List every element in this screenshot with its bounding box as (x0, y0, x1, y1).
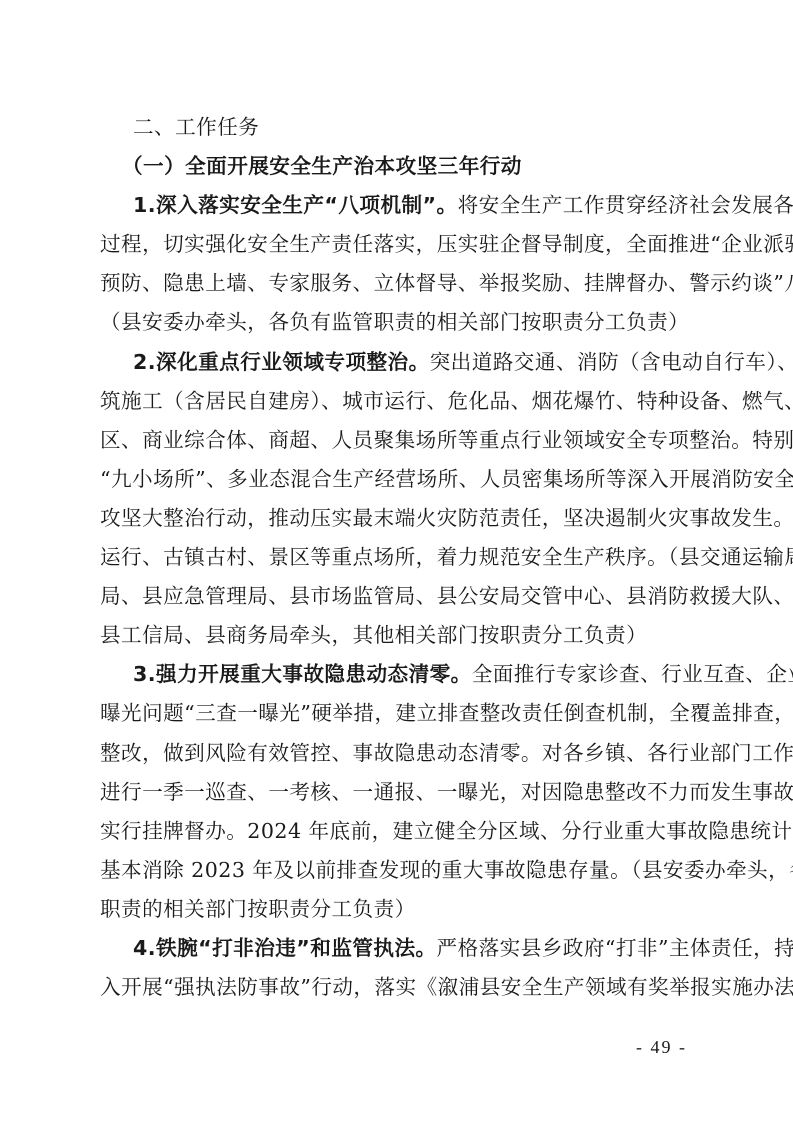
paragraph-line: （县安委办牵头，各负有监管职责的相关部门按职责分工负责） (100, 303, 693, 342)
paragraph-line: 预防、隐患上墙、专家服务、立体督导、举报奖励、挂牌督办、警示约谈”八项机制。 (100, 264, 693, 303)
item-text: 将安全生产工作贯穿经济社会发展各方面、全 (458, 193, 793, 217)
item-2: 2.深化重点行业领域专项整治。突出道路交通、消防（含电动自行车）、矿山、建 筑施… (100, 343, 693, 656)
item-4: 4.铁腕“打非治违”和监管执法。严格落实县乡政府“打非”主体责任，持续深 入开展… (100, 929, 693, 1007)
paragraph-line: 2.深化重点行业领域专项整治。突出道路交通、消防（含电动自行车）、矿山、建 (100, 343, 693, 382)
paragraph-line: 4.铁腕“打非治违”和监管执法。严格落实县乡政府“打非”主体责任，持续深 (100, 929, 693, 968)
paragraph-line: 局、县应急管理局、县市场监管局、县公安局交管中心、县消防救援大队、县发改局、 (100, 577, 693, 616)
subsection-title: （一）全面开展安全生产治本攻坚三年行动 (100, 147, 693, 186)
paragraph-line: 入开展“强执法防事故”行动，落实《溆浦县安全生产领域有奖举报实施办法》，依法 (100, 968, 693, 1007)
item-3: 3.强力开展重大事故隐患动态清零。全面推行专家诊查、行业互查、企业自查、 曝光问… (100, 655, 693, 929)
paragraph-line: 基本消除 2023 年及以前排查发现的重大事故隐患存量。（县安委办牵头，各负有监… (100, 851, 693, 890)
paragraph-line: 攻坚大整治行动，推动压实最末端火灾防范责任，坚决遏制火灾事故发生。紧盯城市 (100, 499, 693, 538)
item-text: 全面推行专家诊查、行业互查、企业自查、 (472, 662, 793, 686)
section-title: 二、工作任务 (100, 108, 693, 147)
item-title: 2.深化重点行业领域专项整治。 (133, 350, 430, 374)
item-title: 1.深入落实安全生产“八项机制”。 (133, 193, 458, 217)
item-text: 突出道路交通、消防（含电动自行车）、矿山、建 (430, 350, 793, 374)
page-number: - 49 - (636, 1037, 687, 1058)
item-title: 3.强力开展重大事故隐患动态清零。 (133, 662, 472, 686)
paragraph-line: 曝光问题“三查一曝光”硬举措，建立排查整改责任倒查机制，全覆盖排查，零放过 (100, 694, 693, 733)
item-1: 1.深入落实安全生产“八项机制”。将安全生产工作贯穿经济社会发展各方面、全 过程… (100, 186, 693, 342)
paragraph-line: 过程，切实强化安全生产责任落实，压实驻企督导制度，全面推进“企业派驻、双重 (100, 225, 693, 264)
paragraph-line: 整改，做到风险有效管控、事故隐患动态清零。对各乡镇、各行业部门工作开展情况 (100, 734, 693, 773)
paragraph-line: 进行一季一巡查、一考核、一通报、一曝光，对因隐患整改不力而发生事故的，严格 (100, 773, 693, 812)
paragraph-line: 筑施工（含居民自建房）、城市运行、危化品、烟花爆竹、特种设备、燃气、能源、园 (100, 382, 693, 421)
item-text: 严格落实县乡政府“打非”主体责任，持续深 (437, 936, 793, 960)
item-title: 4.铁腕“打非治违”和监管执法。 (133, 936, 437, 960)
paragraph-line: 区、商业综合体、商超、人员聚集场所等重点行业领域安全专项整治。特别是要针对 (100, 421, 693, 460)
paragraph-line: 实行挂牌督办。2024 年底前，建立健全分区域、分行业重大事故隐患统计分析机制， (100, 812, 693, 851)
paragraph-line: 1.深入落实安全生产“八项机制”。将安全生产工作贯穿经济社会发展各方面、全 (100, 186, 693, 225)
paragraph-line: 运行、古镇古村、景区等重点场所，着力规范安全生产秩序。（县交通运输局、县住建 (100, 538, 693, 577)
paragraph-line: 3.强力开展重大事故隐患动态清零。全面推行专家诊查、行业互查、企业自查、 (100, 655, 693, 694)
paragraph-line: 职责的相关部门按职责分工负责） (100, 890, 693, 929)
paragraph-line: 县工信局、县商务局牵头，其他相关部门按职责分工负责） (100, 616, 693, 655)
document-page: 二、工作任务 （一）全面开展安全生产治本攻坚三年行动 1.深入落实安全生产“八项… (100, 108, 693, 1007)
paragraph-line: “九小场所”、多业态混合生产经营场所、人员密集场所等深入开展消防安全集中除患 (100, 460, 693, 499)
